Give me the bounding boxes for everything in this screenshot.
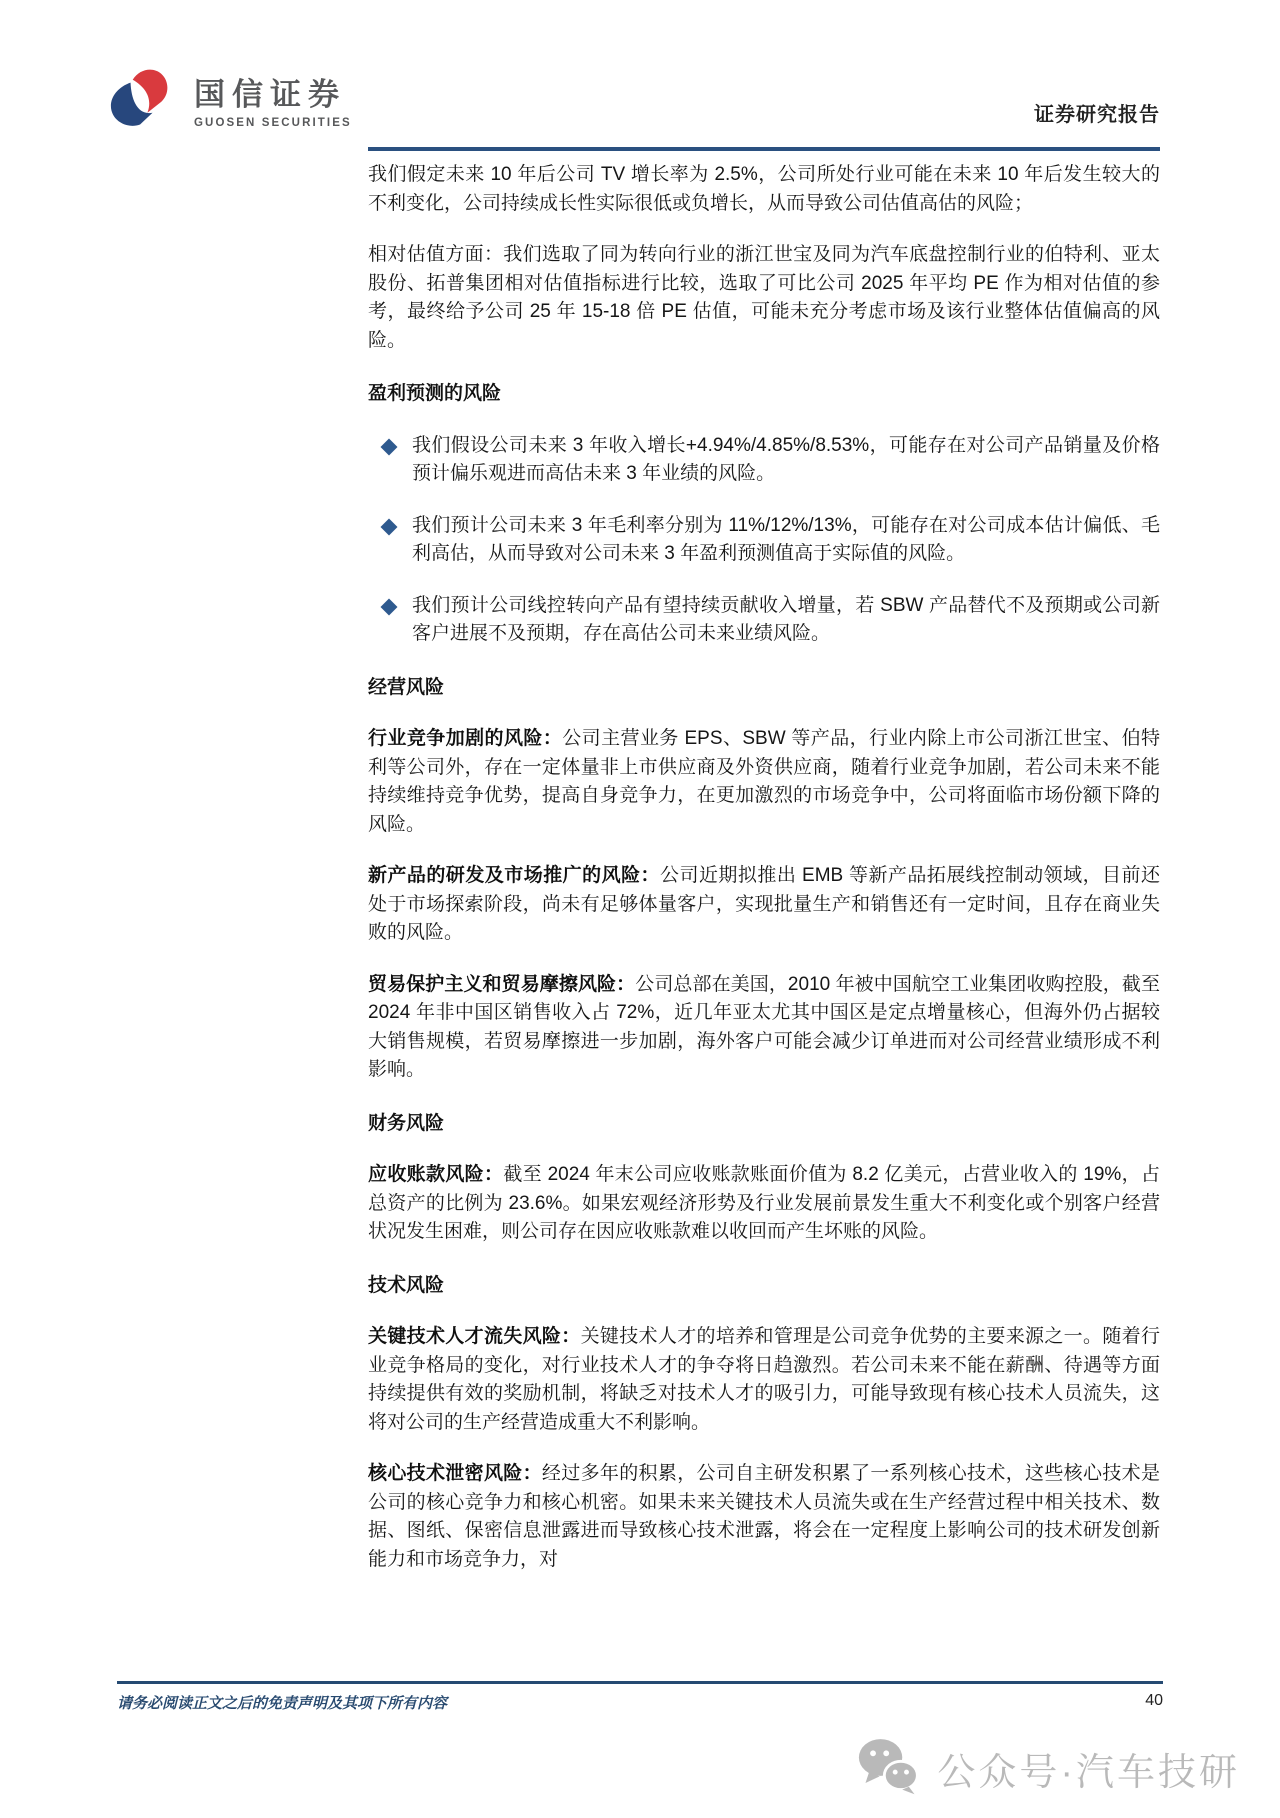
body-paragraph: 应收账款风险：截至 2024 年末公司应收账款账面价值为 8.2 亿美元，占营业… <box>368 1161 1160 1247</box>
bullet-text: 我们预计公司线控转向产品有望持续贡献收入增量，若 SBW 产品替代不及预期或公司… <box>412 592 1160 649</box>
body-paragraph: 相对估值方面：我们选取了同为转向行业的浙江世宝及同为汽车底盘控制行业的伯特利、亚… <box>368 241 1160 355</box>
footer-disclaimer: 请务必阅读正文之后的免责声明及其项下所有内容 <box>117 1692 447 1713</box>
bullet-diamond-icon <box>381 438 398 455</box>
report-type-label: 证券研究报告 <box>1034 98 1160 127</box>
bullet-text: 我们假设公司未来 3 年收入增长+4.94%/4.85%/8.53%，可能存在对… <box>412 432 1160 489</box>
guosen-logo: 国信证券 GUOSEN SECURITIES <box>106 68 352 139</box>
body-paragraph: 行业竞争加剧的风险：公司主营业务 EPS、SBW 等产品，行业内除上市公司浙江世… <box>368 725 1160 839</box>
section-heading: 技术风险 <box>368 1272 1160 1301</box>
bullet-item: 我们假设公司未来 3 年收入增长+4.94%/4.85%/8.53%，可能存在对… <box>368 432 1160 489</box>
guosen-logo-icon <box>106 68 180 139</box>
paragraph-lead: 行业竞争加剧的风险： <box>368 728 562 749</box>
body-paragraph: 新产品的研发及市场推广的风险：公司近期拟推出 EMB 等新产品拓展线控制动领域，… <box>368 862 1160 948</box>
report-page: { "colors": { "accent_blue": "#2a5080", … <box>0 0 1280 1818</box>
body-paragraph: 关键技术人才流失风险：关键技术人才的培养和管理是公司竞争优势的主要来源之一。随着… <box>368 1323 1160 1437</box>
report-body: 我们假定未来 10 年后公司 TV 增长率为 2.5%，公司所处行业可能在未来 … <box>368 161 1160 1597</box>
footer: 请务必阅读正文之后的免责声明及其项下所有内容 40 <box>117 1692 1163 1713</box>
logo-name-en: GUOSEN SECURITIES <box>194 117 352 129</box>
paragraph-lead: 贸易保护主义和贸易摩擦风险： <box>368 974 635 995</box>
bullet-item: 我们预计公司线控转向产品有望持续贡献收入增量，若 SBW 产品替代不及预期或公司… <box>368 592 1160 649</box>
section-heading: 盈利预测的风险 <box>368 380 1160 409</box>
header-divider <box>368 147 1160 151</box>
bullet-diamond-icon <box>381 598 398 615</box>
footer-divider <box>117 1681 1163 1684</box>
paragraph-lead: 核心技术泄密风险： <box>368 1463 542 1484</box>
section-heading: 经营风险 <box>368 674 1160 703</box>
paragraph-lead: 关键技术人才流失风险： <box>368 1326 581 1347</box>
body-paragraph: 贸易保护主义和贸易摩擦风险：公司总部在美国，2010 年被中国航空工业集团收购控… <box>368 971 1160 1085</box>
paragraph-lead: 应收账款风险： <box>368 1164 503 1185</box>
paragraph-lead: 新产品的研发及市场推广的风险： <box>368 865 660 886</box>
watermark: 公众号·汽车技研 <box>857 1736 1240 1801</box>
logo-name-cn: 国信证券 <box>194 78 352 112</box>
body-paragraph: 我们假定未来 10 年后公司 TV 增长率为 2.5%，公司所处行业可能在未来 … <box>368 161 1160 218</box>
page-number: 40 <box>1145 1692 1163 1710</box>
watermark-text: 公众号·汽车技研 <box>937 1741 1240 1796</box>
guosen-logo-text: 国信证券 GUOSEN SECURITIES <box>194 78 352 128</box>
bullet-item: 我们预计公司未来 3 年毛利率分别为 11%/12%/13%，可能存在对公司成本… <box>368 512 1160 569</box>
bullet-diamond-icon <box>381 518 398 535</box>
section-heading: 财务风险 <box>368 1110 1160 1139</box>
bullet-text: 我们预计公司未来 3 年毛利率分别为 11%/12%/13%，可能存在对公司成本… <box>412 512 1160 569</box>
body-paragraph: 核心技术泄密风险：经过多年的积累，公司自主研发积累了一系列核心技术，这些核心技术… <box>368 1460 1160 1574</box>
wechat-icon <box>857 1736 923 1801</box>
